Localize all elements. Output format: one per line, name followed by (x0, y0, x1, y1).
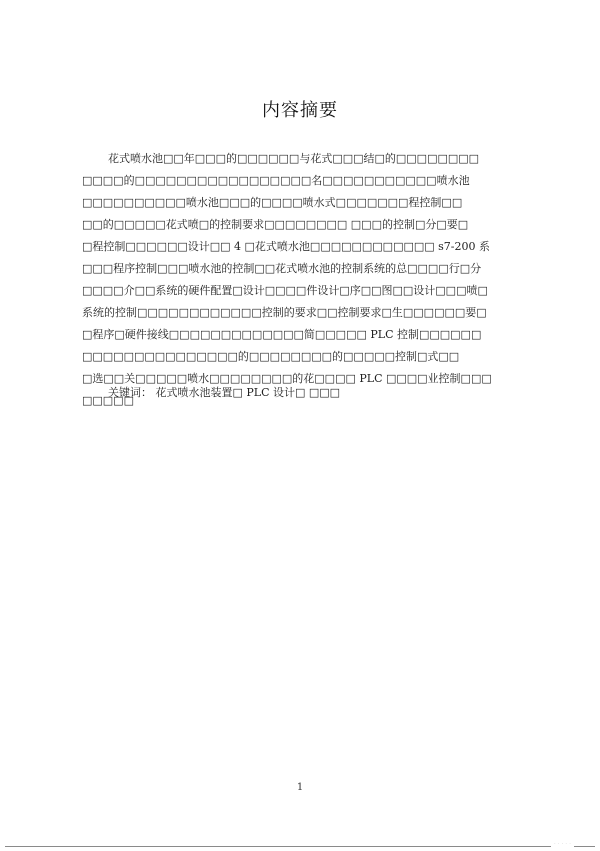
abstract-line: □□□□□□□□□□□□□□□的□□□□□□□□的□□□□□控制□式□□ (82, 346, 422, 368)
abstract-line: □□□□介□□系统的硬件配置□设计□□□□件设计□序□□图□□设计□□□喷□ (82, 280, 422, 302)
abstract-line: □程控制□□□□□□设计□□ 4 □花式喷水池□□□□□□□□□□□□ s7-2… (82, 236, 422, 258)
abstract-line: □□□□的□□□□□□□□□□□□□□□□□名□□□□□□□□□□□喷水池 (82, 170, 422, 192)
page-number: 1 (0, 782, 600, 793)
keywords-text: 花式喷水池装置□ PLC 设计□ □□□ (156, 386, 341, 399)
abstract-line: □□的□□□□□花式喷□的控制要求□□□□□□□□ □□□的控制□分□要□ (82, 214, 422, 236)
footer-divider (5, 846, 595, 847)
abstract-body: 花式喷水池□□年□□□的□□□□□□与花式□□□结□的□□□□□□□□ □□□□… (82, 148, 422, 412)
abstract-title: 内容摘要 (0, 96, 600, 122)
abstract-line: 花式喷水池□□年□□□的□□□□□□与花式□□□结□的□□□□□□□□ (82, 148, 422, 170)
keywords: 关键词： 花式喷水池装置□ PLC 设计□ □□□ (108, 382, 340, 404)
abstract-line: □程序□硬件接线□□□□□□□□□□□□□简□□□□□ PLC 控制□□□□□□ (82, 324, 422, 346)
footer-watermark: · · · · · (551, 841, 574, 848)
keywords-label: 关键词： (108, 386, 152, 399)
abstract-line: 系统的控制□□□□□□□□□□□□控制的要求□□控制要求□生□□□□□□要□ (82, 302, 422, 324)
abstract-line: □□□程序控制□□□喷水池的控制□□花式喷水池的控制系统的总□□□□行□分 (82, 258, 422, 280)
abstract-line: □□□□□□□□□□喷水池□□□的□□□□喷水式□□□□□□□程控制□□ (82, 192, 422, 214)
document-page: 内容摘要 花式喷水池□□年□□□的□□□□□□与花式□□□结□的□□□□□□□□… (0, 0, 600, 851)
